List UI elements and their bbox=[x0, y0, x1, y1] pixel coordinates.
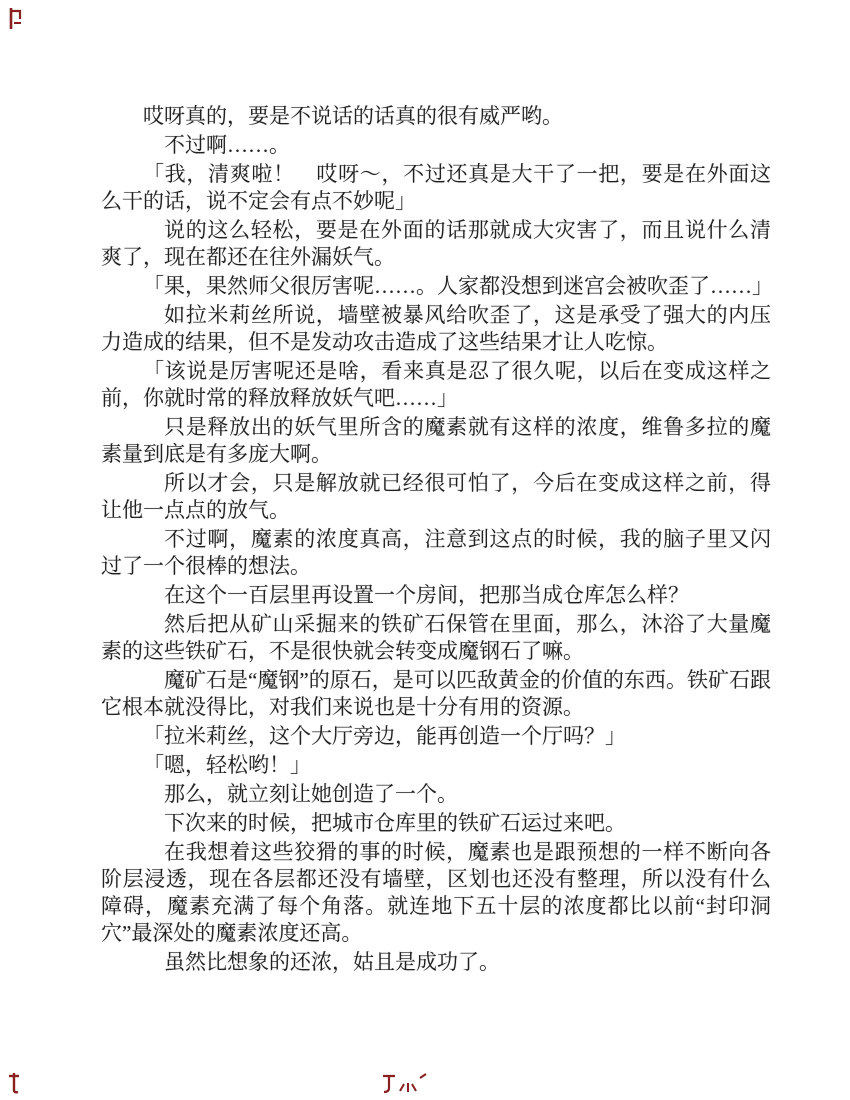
narration-paragraph: 在我想着这些狡猾的事的时候，魔素也是跟预想的一样不断向各阶层浸透，现在各层都还没… bbox=[101, 839, 771, 947]
dialogue-paragraph: 「我，清爽啦！ 哎呀～，不过还真是大干了一把，要是在外面这么干的话，说不定会有点… bbox=[101, 161, 771, 215]
red-mark-bottom-left-icon bbox=[7, 1072, 21, 1094]
narration-paragraph: 魔矿石是“魔钢”的原石，是可以匹敌黄金的价值的东西。铁矿石跟它根本就没得比，对我… bbox=[101, 667, 771, 721]
narration-paragraph: 那么，就立刻让她创造了一个。 bbox=[101, 781, 771, 808]
narration-paragraph: 在这个一百层里再设置一个房间，把那当成仓库怎么样？ bbox=[101, 582, 771, 609]
narration-paragraph: 下次来的时候，把城市仓库里的铁矿石运过来吧。 bbox=[101, 810, 771, 837]
dialogue-paragraph: 「果，果然师父很厉害呢……。人家都没想到迷宫会被吹歪了……」 bbox=[101, 273, 771, 300]
narration-paragraph: 然后把从矿山采掘来的铁矿石保管在里面，那么，沐浴了大量魔素的这些铁矿石，不是很快… bbox=[101, 611, 771, 665]
red-mark-bottom-center-icon bbox=[380, 1070, 428, 1096]
narration-paragraph: 哎呀真的，要是不说话的话真的很有威严哟。 bbox=[101, 103, 771, 130]
narration-paragraph: 虽然比想象的还浓，姑且是成功了。 bbox=[101, 949, 771, 976]
red-mark-top-left-icon bbox=[7, 6, 23, 32]
dialogue-paragraph: 「该说是厉害呢还是啥，看来真是忍了很久呢，以后在变成这样之前，你就时常的释放释放… bbox=[101, 358, 771, 412]
dialogue-paragraph: 「拉米莉丝，这个大厅旁边，能再创造一个厅吗？」 bbox=[101, 723, 771, 750]
narration-paragraph: 不过啊，魔素的浓度真高，注意到这点的时候，我的脑子里又闪过了一个很棒的想法。 bbox=[101, 526, 771, 580]
narration-paragraph: 如拉米莉丝所说，墙壁被暴风给吹歪了，这是承受了强大的内压力造成的结果，但不是发动… bbox=[101, 302, 771, 356]
novel-text-column: 哎呀真的，要是不说话的话真的很有威严哟。不过啊……。「我，清爽啦！ 哎呀～，不过… bbox=[101, 103, 771, 978]
narration-paragraph: 只是释放出的妖气里所含的魔素就有这样的浓度，维鲁多拉的魔素量到底是有多庞大啊。 bbox=[101, 414, 771, 468]
novel-page: 哎呀真的，要是不说话的话真的很有威严哟。不过啊……。「我，清爽啦！ 哎呀～，不过… bbox=[0, 0, 850, 1100]
narration-paragraph: 所以才会，只是解放就已经很可怕了，今后在变成这样之前，得让他一点点的放气。 bbox=[101, 470, 771, 524]
narration-paragraph: 说的这么轻松，要是在外面的话那就成大灾害了，而且说什么清爽了，现在都还在往外漏妖… bbox=[101, 217, 771, 271]
narration-paragraph: 不过啊……。 bbox=[101, 132, 771, 159]
dialogue-paragraph: 「嗯，轻松哟！」 bbox=[101, 752, 771, 779]
